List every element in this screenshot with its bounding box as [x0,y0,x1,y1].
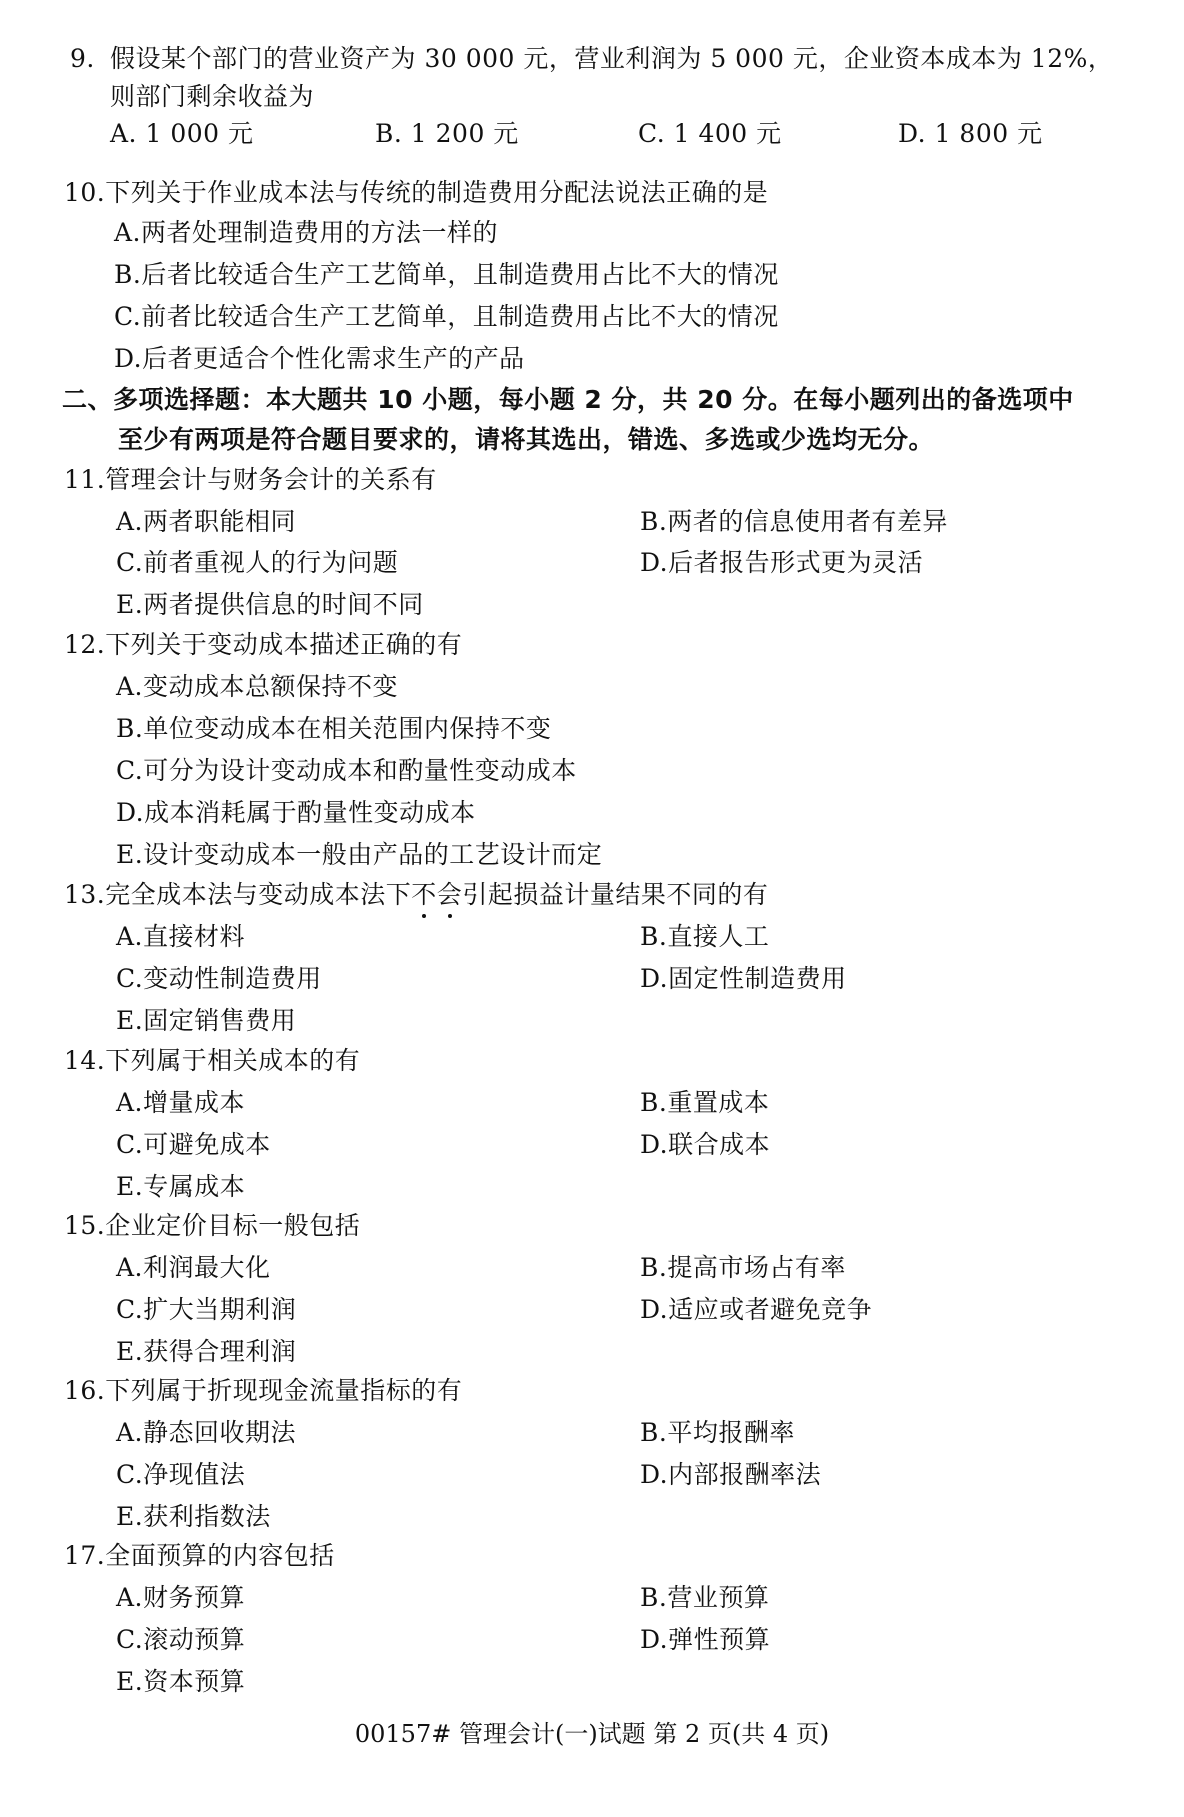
option-text: 成本消耗属于酌量性变动成本 [144,798,476,827]
question-text: 下列属于相关成本的有 [105,1046,360,1075]
question-14-option-e[interactable]: E.专属成本 [116,1170,245,1204]
option-text: 联合成本 [668,1130,770,1159]
option-label: E. [116,1667,143,1696]
option-label: A. [116,922,143,951]
option-text: 滚动预算 [143,1625,245,1654]
question-text: 管理会计与财务会计的关系有 [105,465,437,494]
option-text: 弹性预算 [668,1625,770,1654]
option-text: 财务预算 [143,1583,245,1612]
question-10-option-c[interactable]: C.前者比较适合生产工艺简单，且制造费用占比不大的情况 [114,300,779,334]
option-text: 平均报酬率 [667,1418,795,1447]
question-15-option-d[interactable]: D.适应或者避免竞争 [640,1293,872,1327]
question-number: 17. [64,1539,105,1573]
option-text: 两者职能相同 [143,507,296,536]
option-text: 前者比较适合生产工艺简单，且制造费用占比不大的情况 [141,302,779,331]
option-label: D. [898,119,926,148]
question-12-option-d[interactable]: D.成本消耗属于酌量性变动成本 [116,796,476,830]
section-2-header-line2: 至少有两项是符合题目要求的，请将其选出，错选、多选或少选均无分。 [118,423,934,457]
question-12-option-e[interactable]: E.设计变动成本一般由产品的工艺设计而定 [116,838,602,872]
question-15-option-e[interactable]: E.获得合理利润 [116,1335,296,1369]
option-label: D. [640,1295,668,1324]
question-10-option-b[interactable]: B.后者比较适合生产工艺简单，且制造费用占比不大的情况 [114,258,779,292]
option-label: A. [116,672,143,701]
question-text: 下列关于作业成本法与传统的制造费用分配法说法正确的是 [105,178,768,207]
question-13-option-e[interactable]: E.固定销售费用 [116,1004,296,1038]
option-text: 增量成本 [143,1088,245,1117]
question-17-option-b[interactable]: B.营业预算 [640,1581,769,1615]
option-text: 1 800 元 [935,119,1043,148]
option-label: B. [640,1253,667,1282]
option-text: 固定销售费用 [143,1006,296,1035]
question-number: 14. [64,1044,105,1078]
option-label: A. [116,507,143,536]
question-17-option-a[interactable]: A.财务预算 [116,1581,245,1615]
option-label: D. [640,1460,668,1489]
question-number: 12. [64,628,105,662]
option-label: E. [116,590,143,619]
option-label: A. [110,119,137,148]
question-17-stem: 17.全面预算的内容包括 [64,1539,335,1573]
option-text: 变动成本总额保持不变 [143,672,398,701]
option-text: 前者重视人的行为问题 [143,548,398,577]
option-text: 扩大当期利润 [143,1295,296,1324]
question-15-option-a[interactable]: A.利润最大化 [116,1251,271,1285]
question-text: 下列关于变动成本描述正确的有 [105,630,462,659]
question-text: 全面预算的内容包括 [105,1541,335,1570]
option-label: D. [640,1130,668,1159]
option-label: A. [116,1253,143,1282]
question-9-option-a[interactable]: A. 1 000 元 [110,117,254,151]
option-text: 可避免成本 [143,1130,271,1159]
option-label: B. [375,119,402,148]
emphasis-text: 不 [411,878,437,912]
question-text-after: 引起损益计量结果不同的有 [462,880,768,909]
question-number: 15. [64,1209,105,1243]
question-16-option-b[interactable]: B.平均报酬率 [640,1416,795,1450]
option-label: C. [114,302,141,331]
question-number: 16. [64,1374,105,1408]
question-10-option-a[interactable]: A.两者处理制造费用的方法一样的 [114,216,498,250]
question-13-option-c[interactable]: C.变动性制造费用 [116,962,322,996]
question-11-option-d[interactable]: D.后者报告形式更为灵活 [640,546,923,580]
question-12-option-c[interactable]: C.可分为设计变动成本和酌量性变动成本 [116,754,577,788]
option-text: 静态回收期法 [143,1418,296,1447]
option-label: A. [116,1418,143,1447]
option-label: E. [116,840,143,869]
question-16-option-e[interactable]: E.获利指数法 [116,1500,271,1534]
question-11-option-a[interactable]: A.两者职能相同 [116,505,296,539]
option-label: B. [640,1583,667,1612]
question-12-stem: 12.下列关于变动成本描述正确的有 [64,628,462,662]
option-label: E. [116,1172,143,1201]
option-label: B. [114,260,141,289]
option-text: 两者提供信息的时间不同 [143,590,424,619]
question-15-option-c[interactable]: C.扩大当期利润 [116,1293,296,1327]
option-text: 重置成本 [667,1088,769,1117]
question-16-option-d[interactable]: D.内部报酬率法 [640,1458,821,1492]
emphasis-text: 会 [437,878,463,912]
option-label: C. [116,964,143,993]
question-9-option-c[interactable]: C. 1 400 元 [638,117,782,151]
question-16-stem: 16.下列属于折现现金流量指标的有 [64,1374,462,1408]
question-text-before: 完全成本法与变动成本法下 [105,880,411,909]
exam-page: 9.假设某个部门的营业资产为 30 000 元，营业利润为 5 000 元，企业… [0,0,1184,1817]
option-label: D. [116,798,144,827]
question-text: 下列属于折现现金流量指标的有 [105,1376,462,1405]
option-text: 适应或者避免竞争 [668,1295,872,1324]
question-13-option-b[interactable]: B.直接人工 [640,920,769,954]
option-text: 后者比较适合生产工艺简单，且制造费用占比不大的情况 [141,260,779,289]
section-2-header-line1: 二、多项选择题：本大题共 10 小题，每小题 2 分，共 20 分。在每小题列出… [62,383,1074,417]
option-text: 利润最大化 [143,1253,271,1282]
question-11-option-e[interactable]: E.两者提供信息的时间不同 [116,588,424,622]
question-17-option-e[interactable]: E.资本预算 [116,1665,245,1699]
option-label: E. [116,1006,143,1035]
option-text: 1 000 元 [145,119,253,148]
question-9-option-b[interactable]: B. 1 200 元 [375,117,519,151]
option-text: 获得合理利润 [143,1337,296,1366]
option-text: 变动性制造费用 [143,964,322,993]
option-text: 固定性制造费用 [668,964,847,993]
question-14-option-d[interactable]: D.联合成本 [640,1128,770,1162]
option-label: B. [640,507,667,536]
option-label: D. [640,1625,668,1654]
option-label: E. [116,1502,143,1531]
question-number: 10. [64,176,105,210]
question-14-option-a[interactable]: A.增量成本 [116,1086,245,1120]
option-label: D. [114,344,142,373]
option-text: 专属成本 [143,1172,245,1201]
option-text: 直接材料 [143,922,245,951]
question-14-option-b[interactable]: B.重置成本 [640,1086,769,1120]
option-label: C. [116,1625,143,1654]
option-text: 可分为设计变动成本和酌量性变动成本 [143,756,577,785]
page-footer: 00157# 管理会计(一)试题 第 2 页(共 4 页) [0,1718,1184,1750]
option-text: 获利指数法 [143,1502,271,1531]
option-text: 资本预算 [143,1667,245,1696]
question-16-option-a[interactable]: A.静态回收期法 [116,1416,296,1450]
option-text: 内部报酬率法 [668,1460,821,1489]
question-17-option-d[interactable]: D.弹性预算 [640,1623,770,1657]
option-text: 直接人工 [667,922,769,951]
question-number: 11. [64,463,105,497]
option-label: A. [116,1583,143,1612]
question-text: 企业定价目标一般包括 [105,1211,360,1240]
question-15-stem: 15.企业定价目标一般包括 [64,1209,360,1243]
option-label: C. [116,548,143,577]
question-13-stem: 13.完全成本法与变动成本法下不会引起损益计量结果不同的有 [64,878,768,912]
question-16-option-c[interactable]: C.净现值法 [116,1458,245,1492]
question-number: 9. [70,42,110,76]
option-label: D. [640,548,668,577]
option-text: 1 400 元 [674,119,782,148]
option-text: 营业预算 [667,1583,769,1612]
question-9-option-d[interactable]: D. 1 800 元 [898,117,1043,151]
question-13-option-a[interactable]: A.直接材料 [116,920,245,954]
option-label: D. [640,964,668,993]
question-12-option-b[interactable]: B.单位变动成本在相关范围内保持不变 [116,712,551,746]
option-label: C. [116,1295,143,1324]
question-11-stem: 11.管理会计与财务会计的关系有 [64,463,437,497]
question-13-option-d[interactable]: D.固定性制造费用 [640,962,847,996]
option-label: C. [116,756,143,785]
question-9-stem-line1: 9.假设某个部门的营业资产为 30 000 元，营业利润为 5 000 元，企业… [70,42,1113,76]
option-text: 设计变动成本一般由产品的工艺设计而定 [143,840,602,869]
option-label: C. [116,1460,143,1489]
question-number: 13. [64,878,105,912]
option-text: 净现值法 [143,1460,245,1489]
option-label: E. [116,1337,143,1366]
question-12-option-a[interactable]: A.变动成本总额保持不变 [116,670,398,704]
question-10-option-d[interactable]: D.后者更适合个性化需求生产的产品 [114,342,525,376]
option-label: B. [640,1088,667,1117]
option-label: B. [116,714,143,743]
question-17-option-c[interactable]: C.滚动预算 [116,1623,245,1657]
option-text: 后者报告形式更为灵活 [668,548,923,577]
option-label: C. [116,1130,143,1159]
option-text: 提高市场占有率 [667,1253,846,1282]
question-11-option-b[interactable]: B.两者的信息使用者有差异 [640,505,948,539]
question-text: 假设某个部门的营业资产为 30 000 元，营业利润为 5 000 元，企业资本… [110,44,1113,73]
option-text: 后者更适合个性化需求生产的产品 [142,344,525,373]
option-text: 两者处理制造费用的方法一样的 [141,218,498,247]
option-label: A. [114,218,141,247]
option-label: B. [640,922,667,951]
option-text: 1 200 元 [411,119,519,148]
question-15-option-b[interactable]: B.提高市场占有率 [640,1251,846,1285]
option-label: C. [638,119,665,148]
option-text: 单位变动成本在相关范围内保持不变 [143,714,551,743]
question-10-stem: 10.下列关于作业成本法与传统的制造费用分配法说法正确的是 [64,176,768,210]
question-14-option-c[interactable]: C.可避免成本 [116,1128,271,1162]
option-label: A. [116,1088,143,1117]
question-11-option-c[interactable]: C.前者重视人的行为问题 [116,546,398,580]
question-14-stem: 14.下列属于相关成本的有 [64,1044,360,1078]
option-label: B. [640,1418,667,1447]
question-9-stem-line2: 则部门剩余收益为 [110,80,314,114]
option-text: 两者的信息使用者有差异 [667,507,948,536]
